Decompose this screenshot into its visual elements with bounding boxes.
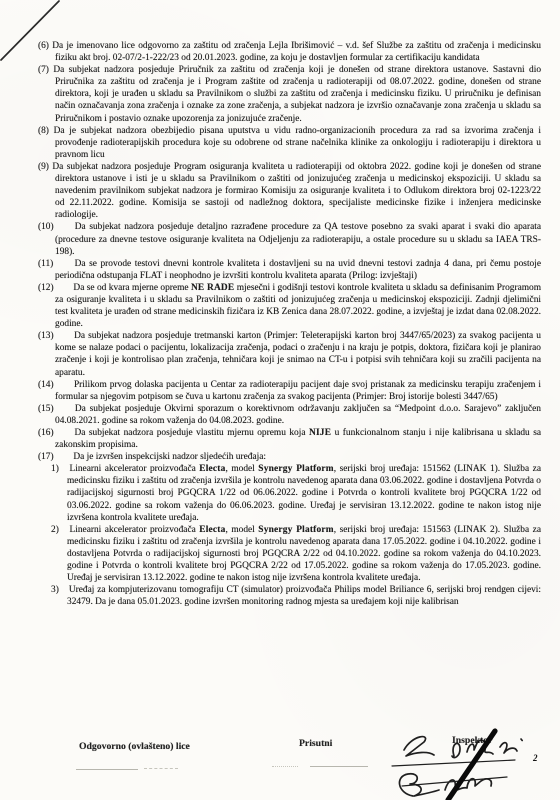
subitem-text: Uređaj za kompjuterizovanu tomografiju C… [67,585,541,607]
signatory-label-present: Prisutni [299,738,332,749]
report-body: (6) Da je imenovano lice odgovorno za za… [38,40,541,608]
item-number: (12) [38,282,71,294]
subitem-text: Linearni akcelerator proizvođača Electa,… [67,525,541,583]
report-item-15: (15) Da subjekat posjeduje Okvirni spora… [38,403,541,427]
item-number: (10) [38,221,71,233]
item-text: Da subjekat nadzora posjeduje detaljno r… [55,222,541,256]
report-item-16: (16) Da subjekat nadzora posjeduje vlast… [38,427,541,451]
device-subitem-1: 1) Linearni akcelerator proizvođača Elec… [51,463,541,523]
signature-line [76,769,138,770]
inspector-signature-icon [388,726,560,800]
report-item-8: (8) Da je subjekat nadzora obezbijedio p… [38,125,541,161]
report-item-11: (11) Da se provode testovi dnevni kontro… [38,258,541,282]
item-text: Da subjekat posjeduje Okvirni sporazum o… [55,404,541,426]
item-text: Da subjekat nadzora posjeduje vlastitu m… [55,428,541,450]
item-number: (8) [38,126,49,136]
signature-line [272,766,298,767]
report-item-12: (12) Da se od kvara mjerne opreme NE RAD… [38,282,541,330]
item-text: Da se provode testovi dnevni kontrole kv… [55,259,541,281]
signature-line [144,768,178,769]
item-text: Da je subjekat nadzora obezbijedio pisan… [54,126,541,160]
report-item-14: (14) Prilikom prvog dolaska pacijenta u … [38,379,541,403]
report-item-7: (7) Da subjekat nadzora posjeduje Priruč… [38,64,541,124]
subitem-number: 2) [51,524,66,536]
item-number: (13) [38,330,71,342]
device-subitem-3: 3) Uređaj za kompjuterizovanu tomografij… [51,584,541,608]
item-number: (9) [38,162,49,172]
report-item-9: (9) Da subjekat nadzora posjeduje Progra… [38,161,541,221]
item-number: (11) [38,258,71,270]
item-number: (15) [38,403,71,415]
item-text: Da subjekat nadzora posjeduje tretmanski… [55,331,541,377]
item-text: Da se od kvara mjerne opreme NE RADE mje… [55,283,541,329]
signature-line [310,766,368,767]
item-number: (16) [38,427,71,439]
report-item-13: (13) Da subjekat nadzora posjeduje tretm… [38,330,541,378]
item-text: Da je izvršen inspekcijski nadzor sljede… [73,452,266,462]
item-text: Prilikom prvog dolaska pacijenta u Centa… [55,380,541,402]
device-subitem-2: 2) Linearni akcelerator proizvođača Elec… [51,524,541,584]
item-number: (17) [38,451,71,463]
item-text: Da subjekat nadzora posjeduje Program os… [52,162,541,220]
signature-stray-mark: 2 [533,753,538,763]
item-text: Da je imenovano lice odgovorno za zaštit… [52,41,541,63]
item-number: (6) [38,41,49,51]
signatory-label-responsible: Odgovorno (ovlašteno) lice [79,741,190,752]
report-item-6: (6) Da je imenovano lice odgovorno za za… [38,40,541,64]
report-item-17: (17) Da je izvršen inspekcijski nadzor s… [38,451,541,463]
scanned-report-page: (6) Da je imenovano lice odgovorno za za… [0,0,560,800]
report-item-10: (10) Da subjekat nadzora posjeduje detal… [38,221,541,257]
item-number: (14) [38,379,71,391]
item-number: (7) [38,65,49,75]
subitem-number: 1) [51,463,66,475]
item-text: Da subjekat nadzora posjeduje Priručnik … [53,65,541,123]
subitem-text: Linearni akcelerator proizvođača Electa,… [67,464,541,522]
subitem-number: 3) [51,584,66,596]
